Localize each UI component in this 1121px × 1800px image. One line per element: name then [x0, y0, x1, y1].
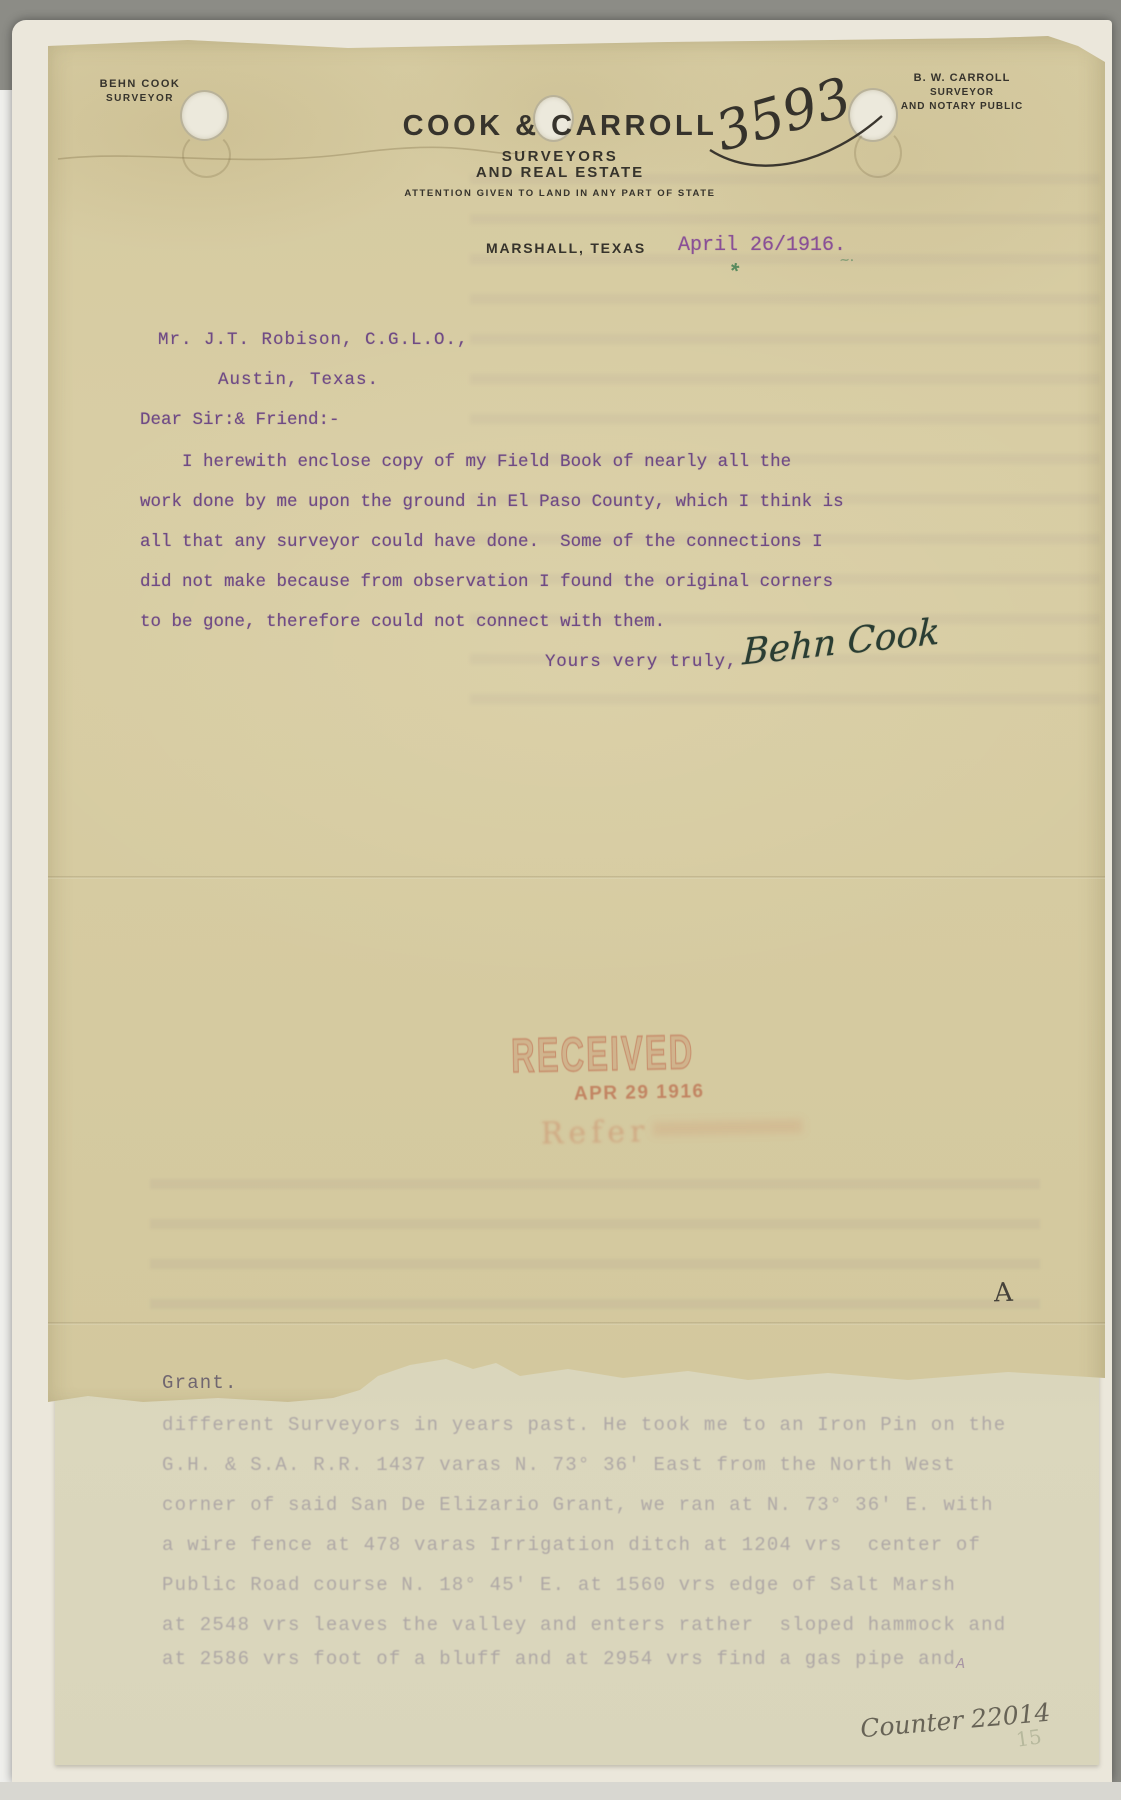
letterhead-right-name: B. W. CARROLL [898, 72, 1026, 84]
company-dept1: SURVEYORS [502, 148, 618, 165]
showthrough-line: Public Road course N. 18° 45' E. at 1560… [162, 1574, 956, 1596]
recipient-city-line: Austin, Texas. [218, 370, 379, 390]
received-stamp-date: APR 29 1916 [574, 1081, 705, 1106]
received-stamp-faint-line: Refer [540, 1114, 649, 1151]
showthrough-line: at 2548 vrs leaves the valley and enters… [162, 1614, 1006, 1636]
letterhead-left-name: BEHN COOK [95, 78, 185, 90]
typed-date: April 26/1916. [678, 234, 846, 257]
letterhead-city: MARSHALL, TEXAS [486, 240, 646, 256]
letterhead-right-title2: AND NOTARY PUBLIC [898, 101, 1026, 112]
body-line: all that any surveyor could have done. S… [140, 532, 823, 552]
showthrough-line: G.H. & S.A. R.R. 1437 varas N. 73° 36' E… [162, 1454, 956, 1476]
scan-bottom-margin [0, 1782, 1121, 1800]
body-line: I herewith enclose copy of my Field Book… [182, 452, 791, 472]
letterhead-left-title: SURVEYOR [95, 93, 185, 104]
showthrough-line: a wire fence at 478 varas Irrigation dit… [162, 1534, 981, 1556]
showthrough-line: corner of said San De Elizario Grant, we… [162, 1494, 994, 1516]
body-line: to be gone, therefore could not connect … [140, 612, 665, 632]
punch-hole-left-ghost-ring [182, 132, 231, 178]
recipient-line: Mr. J.T. Robison, C.G.L.O., [158, 330, 469, 350]
small-faint-mark: A [956, 1656, 965, 1673]
showthrough-line: different Surveyors in years past. He to… [162, 1414, 1006, 1436]
salutation: Dear Sir:& Friend:- [140, 410, 340, 430]
fold-crease-upper [48, 876, 1105, 879]
scanned-letter-page: { "colors": { "paper": "#d6cba1", "ink_t… [0, 0, 1121, 1800]
received-stamp: RECEIVED APR 29 1916 Refer [511, 1023, 814, 1169]
bleedthrough-smudge-lower [150, 1155, 1040, 1330]
body-line: did not make because from observation I … [140, 572, 833, 592]
received-stamp-word: RECEIVED [511, 1025, 695, 1084]
margin-letter-a: A [993, 1278, 1013, 1309]
counter-ghost-number: 15 [1014, 1724, 1043, 1751]
body-line: work done by me upon the ground in El Pa… [140, 492, 844, 512]
closing-line: Yours very truly, [545, 652, 737, 672]
green-ink-mark-right: ~· [839, 251, 855, 270]
showthrough-line: Grant. [162, 1372, 238, 1394]
letterhead-right-title1: SURVEYOR [898, 87, 1026, 98]
company-tagline: ATTENTION GIVEN TO LAND IN ANY PART OF S… [404, 188, 715, 199]
file-number-handwritten: 3593 [690, 50, 900, 170]
company-dept2: AND REAL ESTATE [476, 164, 644, 181]
received-stamp-smudge [653, 1119, 803, 1136]
company-name: COOK & CARROLL [403, 110, 718, 143]
showthrough-line: at 2586 vrs foot of a bluff and at 2954 … [162, 1648, 956, 1670]
